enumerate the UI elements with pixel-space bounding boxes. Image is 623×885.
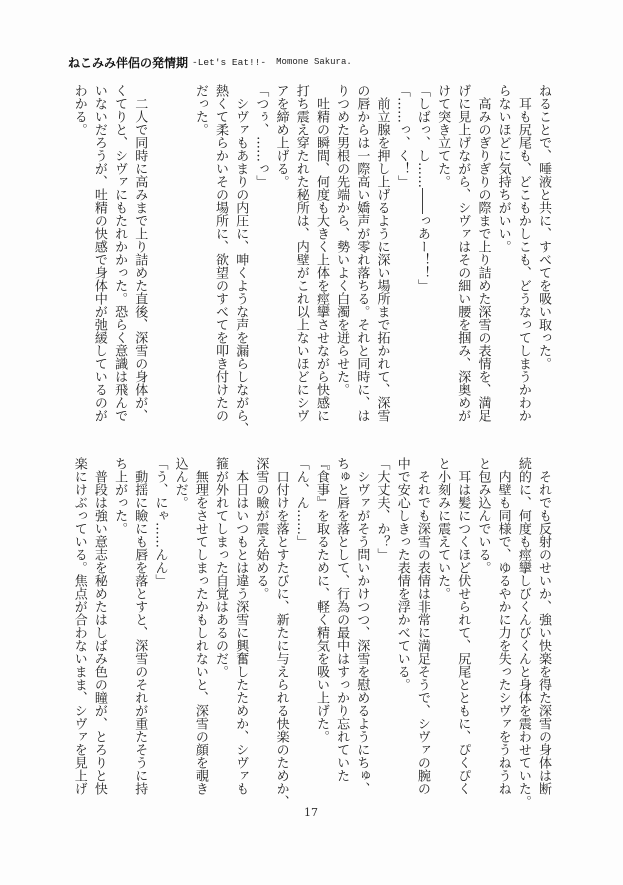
text-column: 込んだ。 [169, 457, 189, 803]
book-title: ねこみみ伴侶の発情期 [68, 54, 188, 71]
text-column: 中で安心しきった表情を浮かべている。 [392, 457, 412, 803]
text-column: らないほどに気持ちがいい。 [492, 84, 512, 426]
text-column: 二人で同時に高みまで上り詰めた直後、深雪の身体が、 [129, 84, 149, 426]
text-column: ねることで、唾液と共に、すべてを吸い取った。 [533, 84, 553, 426]
scene-break-blank [169, 84, 189, 426]
text-column: 前立腺を押し上げるように深い場所まで拓かれて、深雪 [371, 84, 391, 426]
text-column: 本日はいつもとは違う深雪に興奮したためか、シヴァも [230, 457, 250, 803]
text-column: けて突き立てた。 [432, 84, 452, 426]
text-column: 箍が外れてしまった自覚はあるのだ。 [210, 457, 230, 803]
dialogue-column: 「大丈夫、か？」 [371, 457, 391, 803]
author-name: Momone Sakura. [276, 57, 352, 67]
text-column: アを締め上げる。 [270, 84, 290, 426]
text-column: いないだろうが、吐精の快感で身体中が弛緩しているのが [89, 84, 109, 426]
upper-text-block: ねることで、唾液と共に、すべてを吸い取った。 耳も尻尾も、どこもかしこも、どうな… [68, 84, 553, 426]
dialogue-column: 「ん、ん……」 [291, 457, 311, 803]
text-column: わかる。 [69, 84, 89, 426]
page-number: 17 [304, 806, 318, 819]
text-column: 内壁も同様で、ゆるやかに力を失ったシヴァをうねうね [492, 457, 512, 803]
dialogue-column: 「しばっ、し……――っあー！！」 [412, 84, 432, 426]
text-column: 続的に、何度も痙攣しびくんびくんと身体を震わせていた。 [513, 457, 533, 803]
text-column: 口付けを落とすたびに、新たに与えられる快楽のためか、 [270, 457, 290, 803]
text-column: 『食事』を取るために、軽く精気を吸い上げた。 [311, 457, 331, 803]
dialogue-column: 「つぅ、……っ」 [250, 84, 270, 426]
text-column: ち上がった。 [109, 457, 129, 803]
lower-text-block: それでも反射のせいか、強い快楽を得た深雪の身体は断 続的に、何度も痙攣しびくんび… [68, 457, 553, 803]
text-column: げに見上げながら、シヴァはその細い腰を掴み、深奥めが [452, 84, 472, 426]
text-column: 高みのぎりぎりの際まで上り詰めた深雪の表情を、満足 [472, 84, 492, 426]
text-column: 深雪の瞼が震え始める。 [250, 457, 270, 803]
text-column: 耳も尻尾も、どこもかしこも、どうなってしまうかわか [513, 84, 533, 426]
text-column: ちゅと唇を落として、行為の最中はすっかり忘れていた [331, 457, 351, 803]
text-column: それでも反射のせいか、強い快楽を得た深雪の身体は断 [533, 457, 553, 803]
text-column: 無理をさせてしまったかもしれないと、深雪の顔を覗き [190, 457, 210, 803]
text-column: 吐精の瞬間、何度も大きく上体を痙攣させながら快感に [311, 84, 331, 426]
text-column: と小刻みに震えていた。 [432, 457, 452, 803]
text-column: シヴァもあまりの内圧に、呻くような声を漏らしながら、 [230, 84, 250, 426]
dialogue-column: 「う、にゃ……んん」 [149, 457, 169, 803]
text-column: 動揺に瞼にも唇を落とすと、深雪のそれが重たそうに持 [129, 457, 149, 803]
text-column: 打ち震え穿たれた秘所は、内壁がこれ以上ないほどにシヴ [291, 84, 311, 426]
text-column: りつめた男根の先端から、勢いよく白濁を迸らせた。 [331, 84, 351, 426]
book-page: ねこみみ伴侶の発情期 -Let's Eat!!- Momone Sakura. … [0, 0, 623, 885]
text-column: だった。 [190, 84, 210, 426]
text-column: くてりと、シヴァにもたれかかった。恐らく意識は飛んで [109, 84, 129, 426]
running-header: ねこみみ伴侶の発情期 -Let's Eat!!- Momone Sakura. [68, 54, 352, 70]
text-column: 楽にけぶっている。焦点が合わないまま、シヴァを見上げ [69, 457, 89, 803]
text-column: 普段は強い意志を秘めたはしばみ色の瞳が、とろりと快 [89, 457, 109, 803]
book-subtitle: -Let's Eat!!- [192, 57, 266, 68]
text-column: それでも深雪の表情は非常に満足そうで、シヴァの腕の [412, 457, 432, 803]
text-column: 熱くて柔らかいその場所に、欲望のすべてを叩き付けたの [210, 84, 230, 426]
dialogue-column: 「……っ、く！」 [392, 84, 412, 426]
text-column: シヴァがそう問いかけつつ、深雪を慰めるようにちゅ、 [351, 457, 371, 803]
text-column: の唇からは一際高い嬌声が零れ落ちる。それと同時に、は [351, 84, 371, 426]
text-column: と包み込んでいる。 [472, 457, 492, 803]
scene-break-blank [149, 84, 169, 426]
text-column: 耳は髪につくほど伏せられて、尻尾とともに、ぴくぴく [452, 457, 472, 803]
